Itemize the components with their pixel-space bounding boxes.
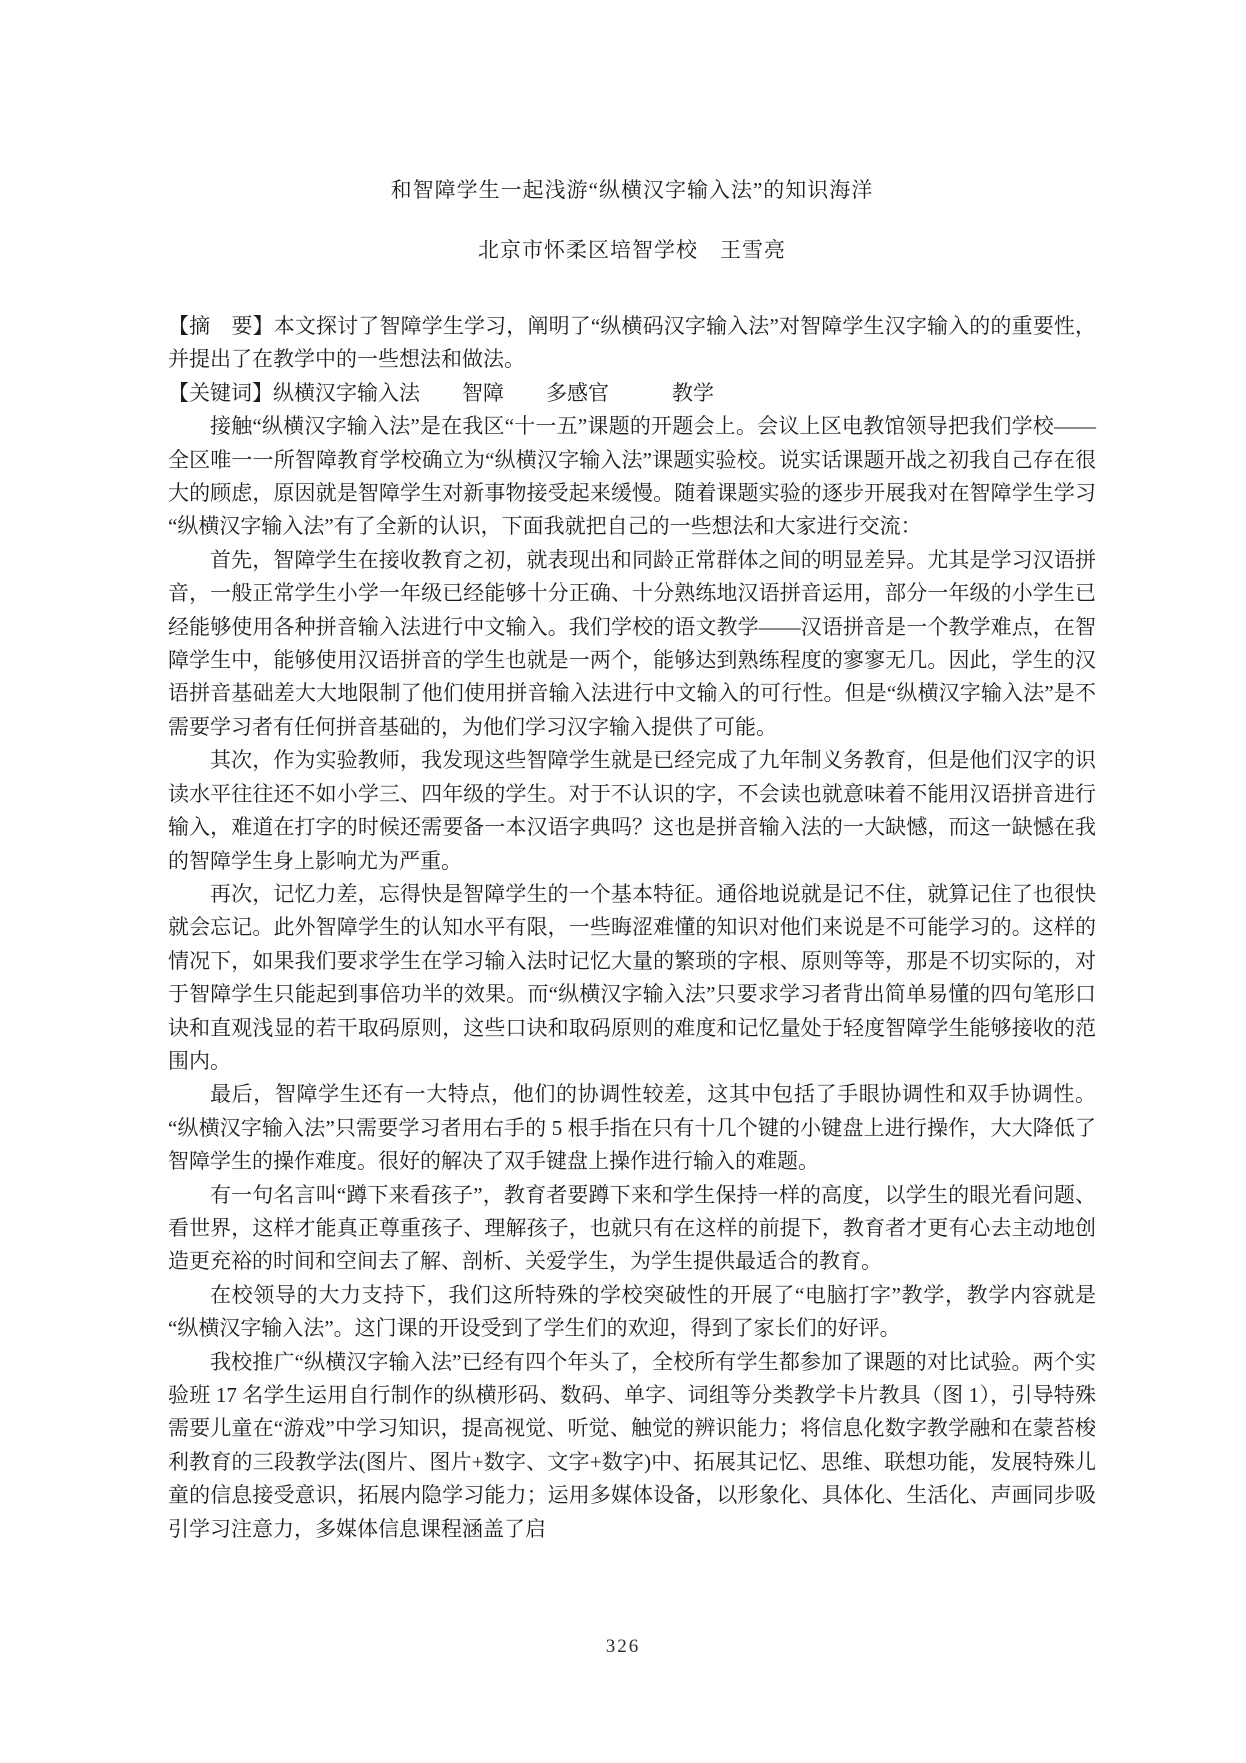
body-paragraph: 我校推广“纵横汉字输入法”已经有四个年头了，全校所有学生都参加了课题的对比试验。… <box>168 1346 1096 1546</box>
abstract-paragraph: 【摘 要】本文探讨了智障学生学习，阐明了“纵横码汉字输入法”对智障学生汉字输入的… <box>168 310 1096 377</box>
paper-body: 【摘 要】本文探讨了智障学生学习，阐明了“纵横码汉字输入法”对智障学生汉字输入的… <box>168 310 1096 1546</box>
page-number: 326 <box>0 1636 1246 1658</box>
body-paragraph: 接触“纵横汉字输入法”是在我区“十一五”课题的开题会上。会议上区电教馆领导把我们… <box>168 410 1096 544</box>
body-paragraph: 首先，智障学生在接收教育之初，就表现出和同龄正常群体之间的明显差异。尤其是学习汉… <box>168 544 1096 744</box>
author-affiliation-line: 北京市怀柔区培智学校 王雪亮 <box>168 237 1096 264</box>
document-page: 和智障学生一起浅游“纵横汉字输入法”的知识海洋 北京市怀柔区培智学校 王雪亮 【… <box>0 0 1246 1763</box>
body-paragraph: 最后，智障学生还有一大特点，他们的协调性较差，这其中包括了手眼协调性和双手协调性… <box>168 1078 1096 1178</box>
paper-title: 和智障学生一起浅游“纵横汉字输入法”的知识海洋 <box>168 177 1096 204</box>
body-paragraph: 在校领导的大力支持下，我们这所特殊的学校突破性的开展了“电脑打字”教学，教学内容… <box>168 1279 1096 1346</box>
keywords-line: 【关键词】纵横汉字输入法 智障 多感官 教学 <box>168 377 1096 410</box>
body-paragraph: 再次，记忆力差，忘得快是智障学生的一个基本特征。通俗地说就是记不住，就算记住了也… <box>168 878 1096 1078</box>
body-paragraph: 其次，作为实验教师，我发现这些智障学生就是已经完成了九年制义务教育，但是他们汉字… <box>168 744 1096 878</box>
page-content: 和智障学生一起浅游“纵横汉字输入法”的知识海洋 北京市怀柔区培智学校 王雪亮 【… <box>168 177 1096 1546</box>
body-paragraph: 有一句名言叫“蹲下来看孩子”，教育者要蹲下来和学生保持一样的高度，以学生的眼光看… <box>168 1179 1096 1279</box>
